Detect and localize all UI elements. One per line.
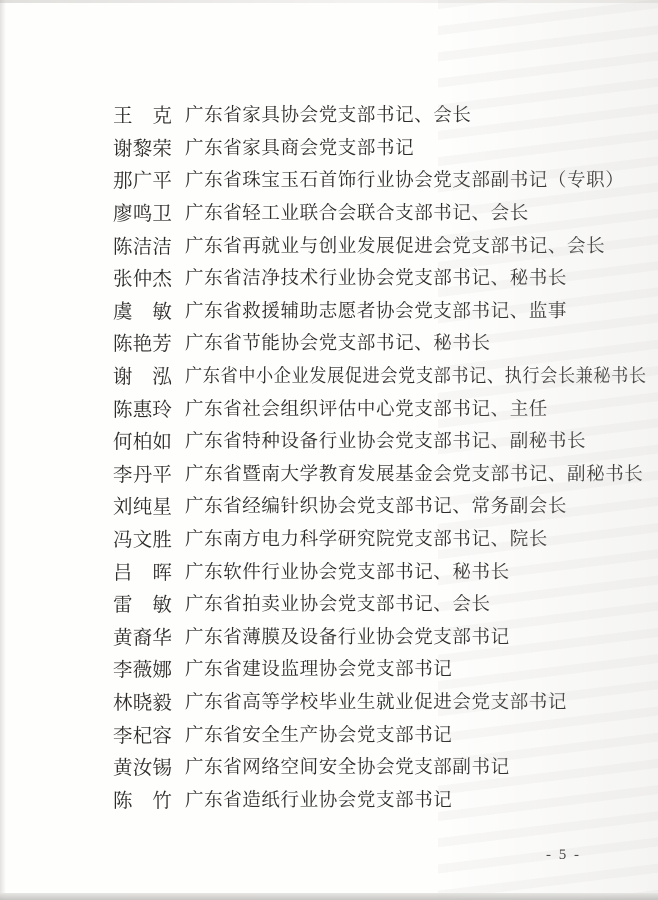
person-name: 那广平: [113, 165, 174, 193]
roster-row: 陈艳芳 广东省节能协会党支部书记、秘书长: [0, 326, 658, 359]
roster-row: 陈惠玲 广东省社会组织评估中心党支部书记、主任: [0, 391, 658, 424]
person-title: 广东省救援辅助志愿者协会党支部书记、监事: [185, 297, 567, 323]
roster-row: 虞 敏 广东省救援辅助志愿者协会党支部书记、监事: [0, 294, 658, 327]
person-name: 廖鸣卫: [113, 198, 174, 226]
document-page: 王 克 广东省家具协会党支部书记、会长 谢黎荣 广东省家具商会党支部书记 那广平…: [0, 0, 658, 900]
person-name: 雷 敏: [113, 589, 174, 617]
person-title: 广东省家具商会党支部书记: [185, 134, 414, 160]
roster-row: 那广平 广东省珠宝玉石首饰行业协会党支部副书记（专职）: [0, 163, 658, 196]
person-title: 广东南方电力科学研究院党支部书记、院长: [185, 525, 548, 551]
roster-row: 黄汝锡 广东省网络空间安全协会党支部副书记: [0, 750, 658, 783]
person-title: 广东省暨南大学教育发展基金会党支部书记、副秘书长: [185, 460, 643, 486]
roster-row: 陈 竹 广东省造纸行业协会党支部书记: [0, 782, 658, 815]
roster-row: 廖鸣卫 广东省轻工业联合会联合支部书记、会长: [0, 196, 658, 229]
roster-row: 冯文胜 广东南方电力科学研究院党支部书记、院长: [0, 522, 658, 555]
roster-list: 王 克 广东省家具协会党支部书记、会长 谢黎荣 广东省家具商会党支部书记 那广平…: [0, 98, 658, 815]
person-title: 广东省安全生产协会党支部书记: [185, 721, 452, 747]
person-title: 广东省薄膜及设备行业协会党支部书记: [185, 623, 510, 649]
person-title: 广东省造纸行业协会党支部书记: [185, 786, 452, 812]
roster-row: 李杞容 广东省安全生产协会党支部书记: [0, 717, 658, 750]
person-title: 广东省轻工业联合会联合支部书记、会长: [185, 199, 529, 225]
person-title: 广东省网络空间安全协会党支部副书记: [185, 753, 510, 779]
person-name: 虞 敏: [113, 296, 174, 324]
person-title: 广东省家具协会党支部书记、会长: [185, 101, 472, 127]
person-name: 刘纯星: [113, 491, 174, 519]
person-name: 黄汝锡: [113, 752, 174, 780]
roster-row: 谢 泓 广东省中小企业发展促进会党支部书记、执行会长兼秘书长: [0, 359, 658, 392]
person-name: 陈艳芳: [113, 328, 174, 356]
person-name: 何柏如: [113, 426, 174, 454]
person-title: 广东省特种设备行业协会党支部书记、副秘书长: [185, 427, 586, 453]
person-name: 冯文胜: [113, 524, 174, 552]
roster-row: 陈洁洁 广东省再就业与创业发展促进会党支部书记、会长: [0, 228, 658, 261]
scan-edge-top: [0, 0, 658, 3]
person-title: 广东省拍卖业协会党支部书记、会长: [185, 590, 491, 616]
person-name: 王 克: [113, 100, 174, 128]
roster-row: 雷 敏 广东省拍卖业协会党支部书记、会长: [0, 587, 658, 620]
person-name: 林晓毅: [113, 687, 174, 715]
roster-row: 王 克 广东省家具协会党支部书记、会长: [0, 98, 658, 131]
roster-row: 李薇娜 广东省建设监理协会党支部书记: [0, 652, 658, 685]
person-title: 广东省节能协会党支部书记、秘书长: [185, 329, 491, 355]
roster-row: 吕 晖 广东软件行业协会党支部书记、秘书长: [0, 554, 658, 587]
person-name: 张仲杰: [113, 263, 174, 291]
roster-row: 何柏如 广东省特种设备行业协会党支部书记、副秘书长: [0, 424, 658, 457]
person-name: 陈 竹: [113, 785, 174, 813]
person-name: 李丹平: [113, 459, 174, 487]
person-name: 吕 晖: [113, 557, 174, 585]
roster-row: 李丹平 广东省暨南大学教育发展基金会党支部书记、副秘书长: [0, 457, 658, 490]
person-name: 陈惠玲: [113, 394, 174, 422]
person-title: 广东省中小企业发展促进会党支部书记、执行会长兼秘书长: [185, 362, 647, 388]
person-name: 陈洁洁: [113, 231, 174, 259]
roster-row: 谢黎荣 广东省家具商会党支部书记: [0, 131, 658, 164]
roster-row: 张仲杰 广东省洁净技术行业协会党支部书记、秘书长: [0, 261, 658, 294]
roster-row: 林晓毅 广东省高等学校毕业生就业促进会党支部书记: [0, 685, 658, 718]
person-name: 谢黎荣: [113, 133, 174, 161]
person-title: 广东省再就业与创业发展促进会党支部书记、会长: [185, 232, 605, 258]
person-title: 广东软件行业协会党支部书记、秘书长: [185, 558, 510, 584]
person-title: 广东省经编针织协会党支部书记、常务副会长: [185, 492, 567, 518]
person-name: 李杞容: [113, 720, 174, 748]
person-title: 广东省高等学校毕业生就业促进会党支部书记: [185, 688, 567, 714]
page-number: - 5 -: [546, 847, 581, 864]
person-title: 广东省社会组织评估中心党支部书记、主任: [185, 395, 548, 421]
person-title: 广东省洁净技术行业协会党支部书记、秘书长: [185, 264, 567, 290]
scan-edge-bottom: [0, 893, 658, 900]
roster-row: 刘纯星 广东省经编针织协会党支部书记、常务副会长: [0, 489, 658, 522]
person-name: 李薇娜: [113, 654, 174, 682]
person-title: 广东省建设监理协会党支部书记: [185, 655, 452, 681]
roster-row: 黄裔华 广东省薄膜及设备行业协会党支部书记: [0, 620, 658, 653]
person-title: 广东省珠宝玉石首饰行业协会党支部副书记（专职）: [185, 166, 624, 192]
person-name: 谢 泓: [113, 361, 174, 389]
person-name: 黄裔华: [113, 622, 174, 650]
